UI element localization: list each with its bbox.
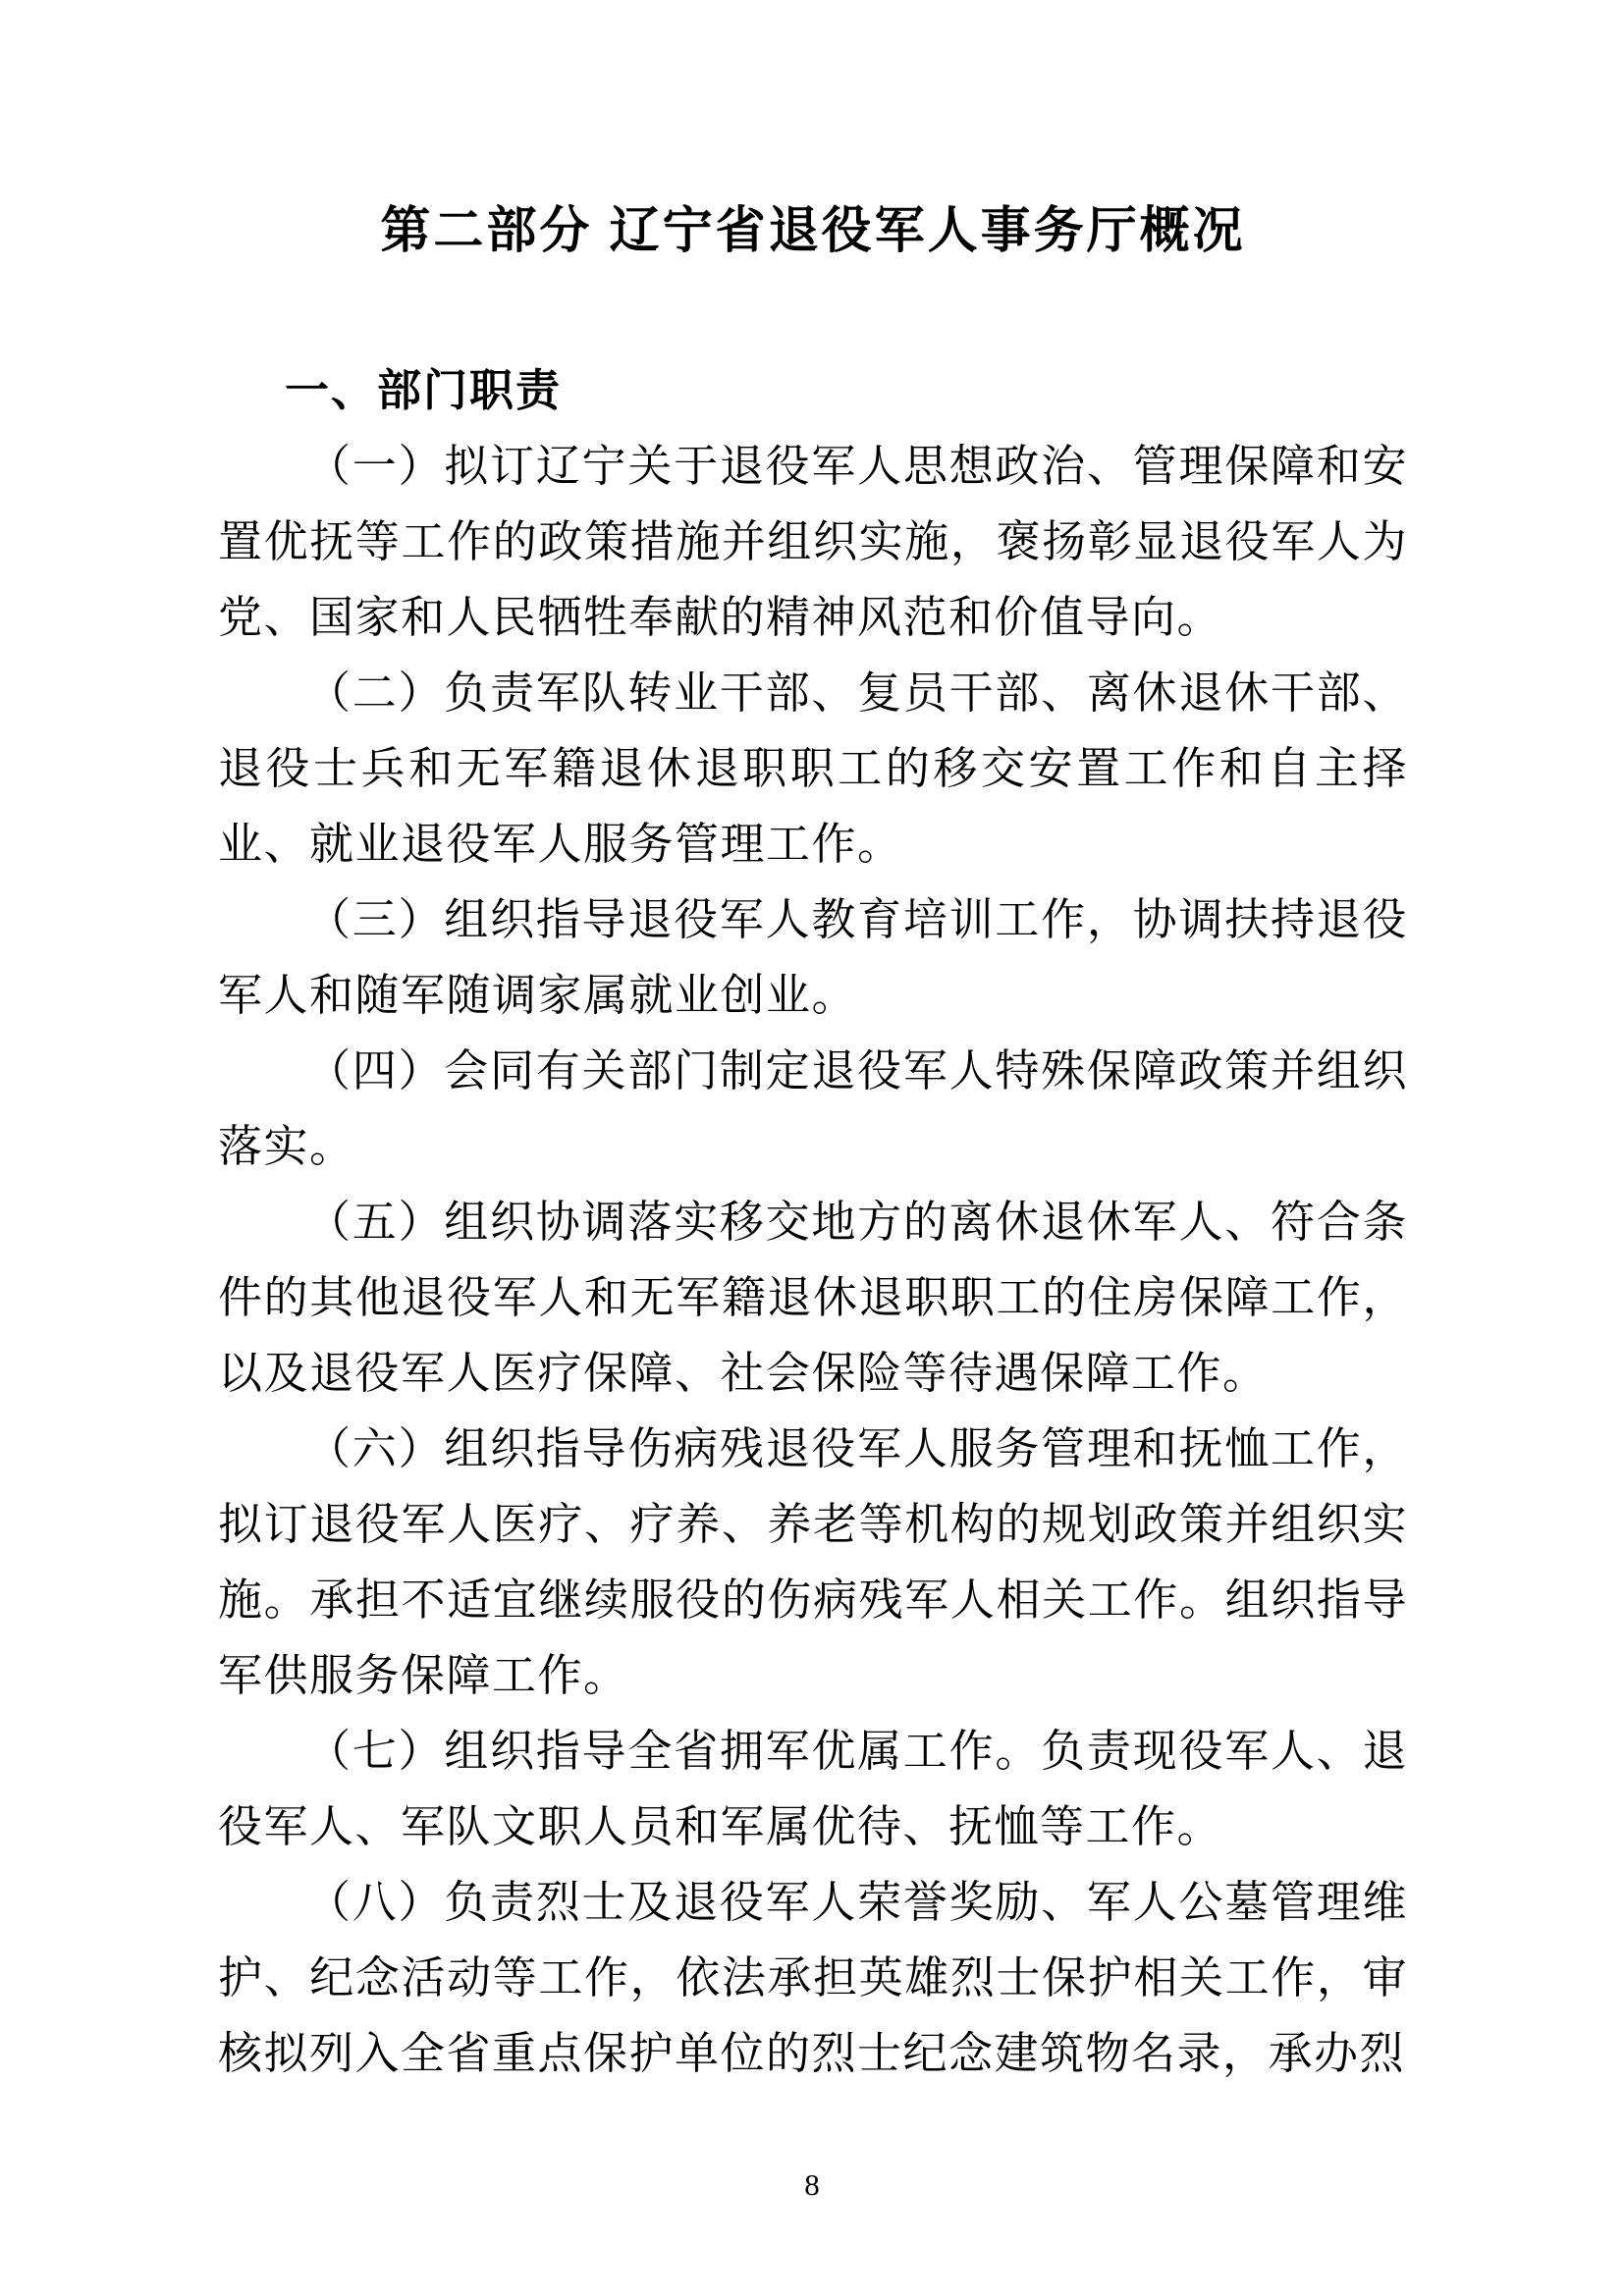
body-text: （一）拟订辽宁关于退役军人思想政治、管理保障和安置优抚等工作的政策措施并组织实施… bbox=[218, 429, 1408, 2092]
text-block: 第二部分 辽宁省退役军人事务厅概况 一、部门职责 （一）拟订辽宁关于退役军人思想… bbox=[218, 0, 1408, 2092]
paragraph-1: （一）拟订辽宁关于退役军人思想政治、管理保障和安置优抚等工作的政策措施并组织实施… bbox=[218, 429, 1408, 656]
paragraph-7: （七）组织指导全省拥军优属工作。负责现役军人、退役军人、军队文职人员和军属优待、… bbox=[218, 1714, 1408, 1865]
section-heading: 一、部门职责 bbox=[218, 366, 1408, 415]
page-title: 第二部分 辽宁省退役军人事务厅概况 bbox=[218, 201, 1408, 260]
paragraph-8: （八）负责烈士及退役军人荣誉奖励、军人公墓管理维护、纪念活动等工作，依法承担英雄… bbox=[218, 1865, 1408, 2092]
paragraph-2: （二）负责军队转业干部、复员干部、离休退休干部、退役士兵和无军籍退休退职职工的移… bbox=[218, 656, 1408, 882]
paragraph-5: （五）组织协调落实移交地方的离休退休军人、符合条件的其他退役军人和无军籍退休退职… bbox=[218, 1185, 1408, 1412]
paragraph-3: （三）组织指导退役军人教育培训工作，协调扶持退役军人和随军随调家属就业创业。 bbox=[218, 882, 1408, 1034]
page-number: 8 bbox=[0, 2167, 1624, 2203]
document-page: 第二部分 辽宁省退役军人事务厅概况 一、部门职责 （一）拟订辽宁关于退役军人思想… bbox=[0, 0, 1624, 2296]
paragraph-4: （四）会同有关部门制定退役军人特殊保障政策并组织落实。 bbox=[218, 1034, 1408, 1185]
paragraph-6: （六）组织指导伤病残退役军人服务管理和抚恤工作，拟订退役军人医疗、疗养、养老等机… bbox=[218, 1412, 1408, 1714]
